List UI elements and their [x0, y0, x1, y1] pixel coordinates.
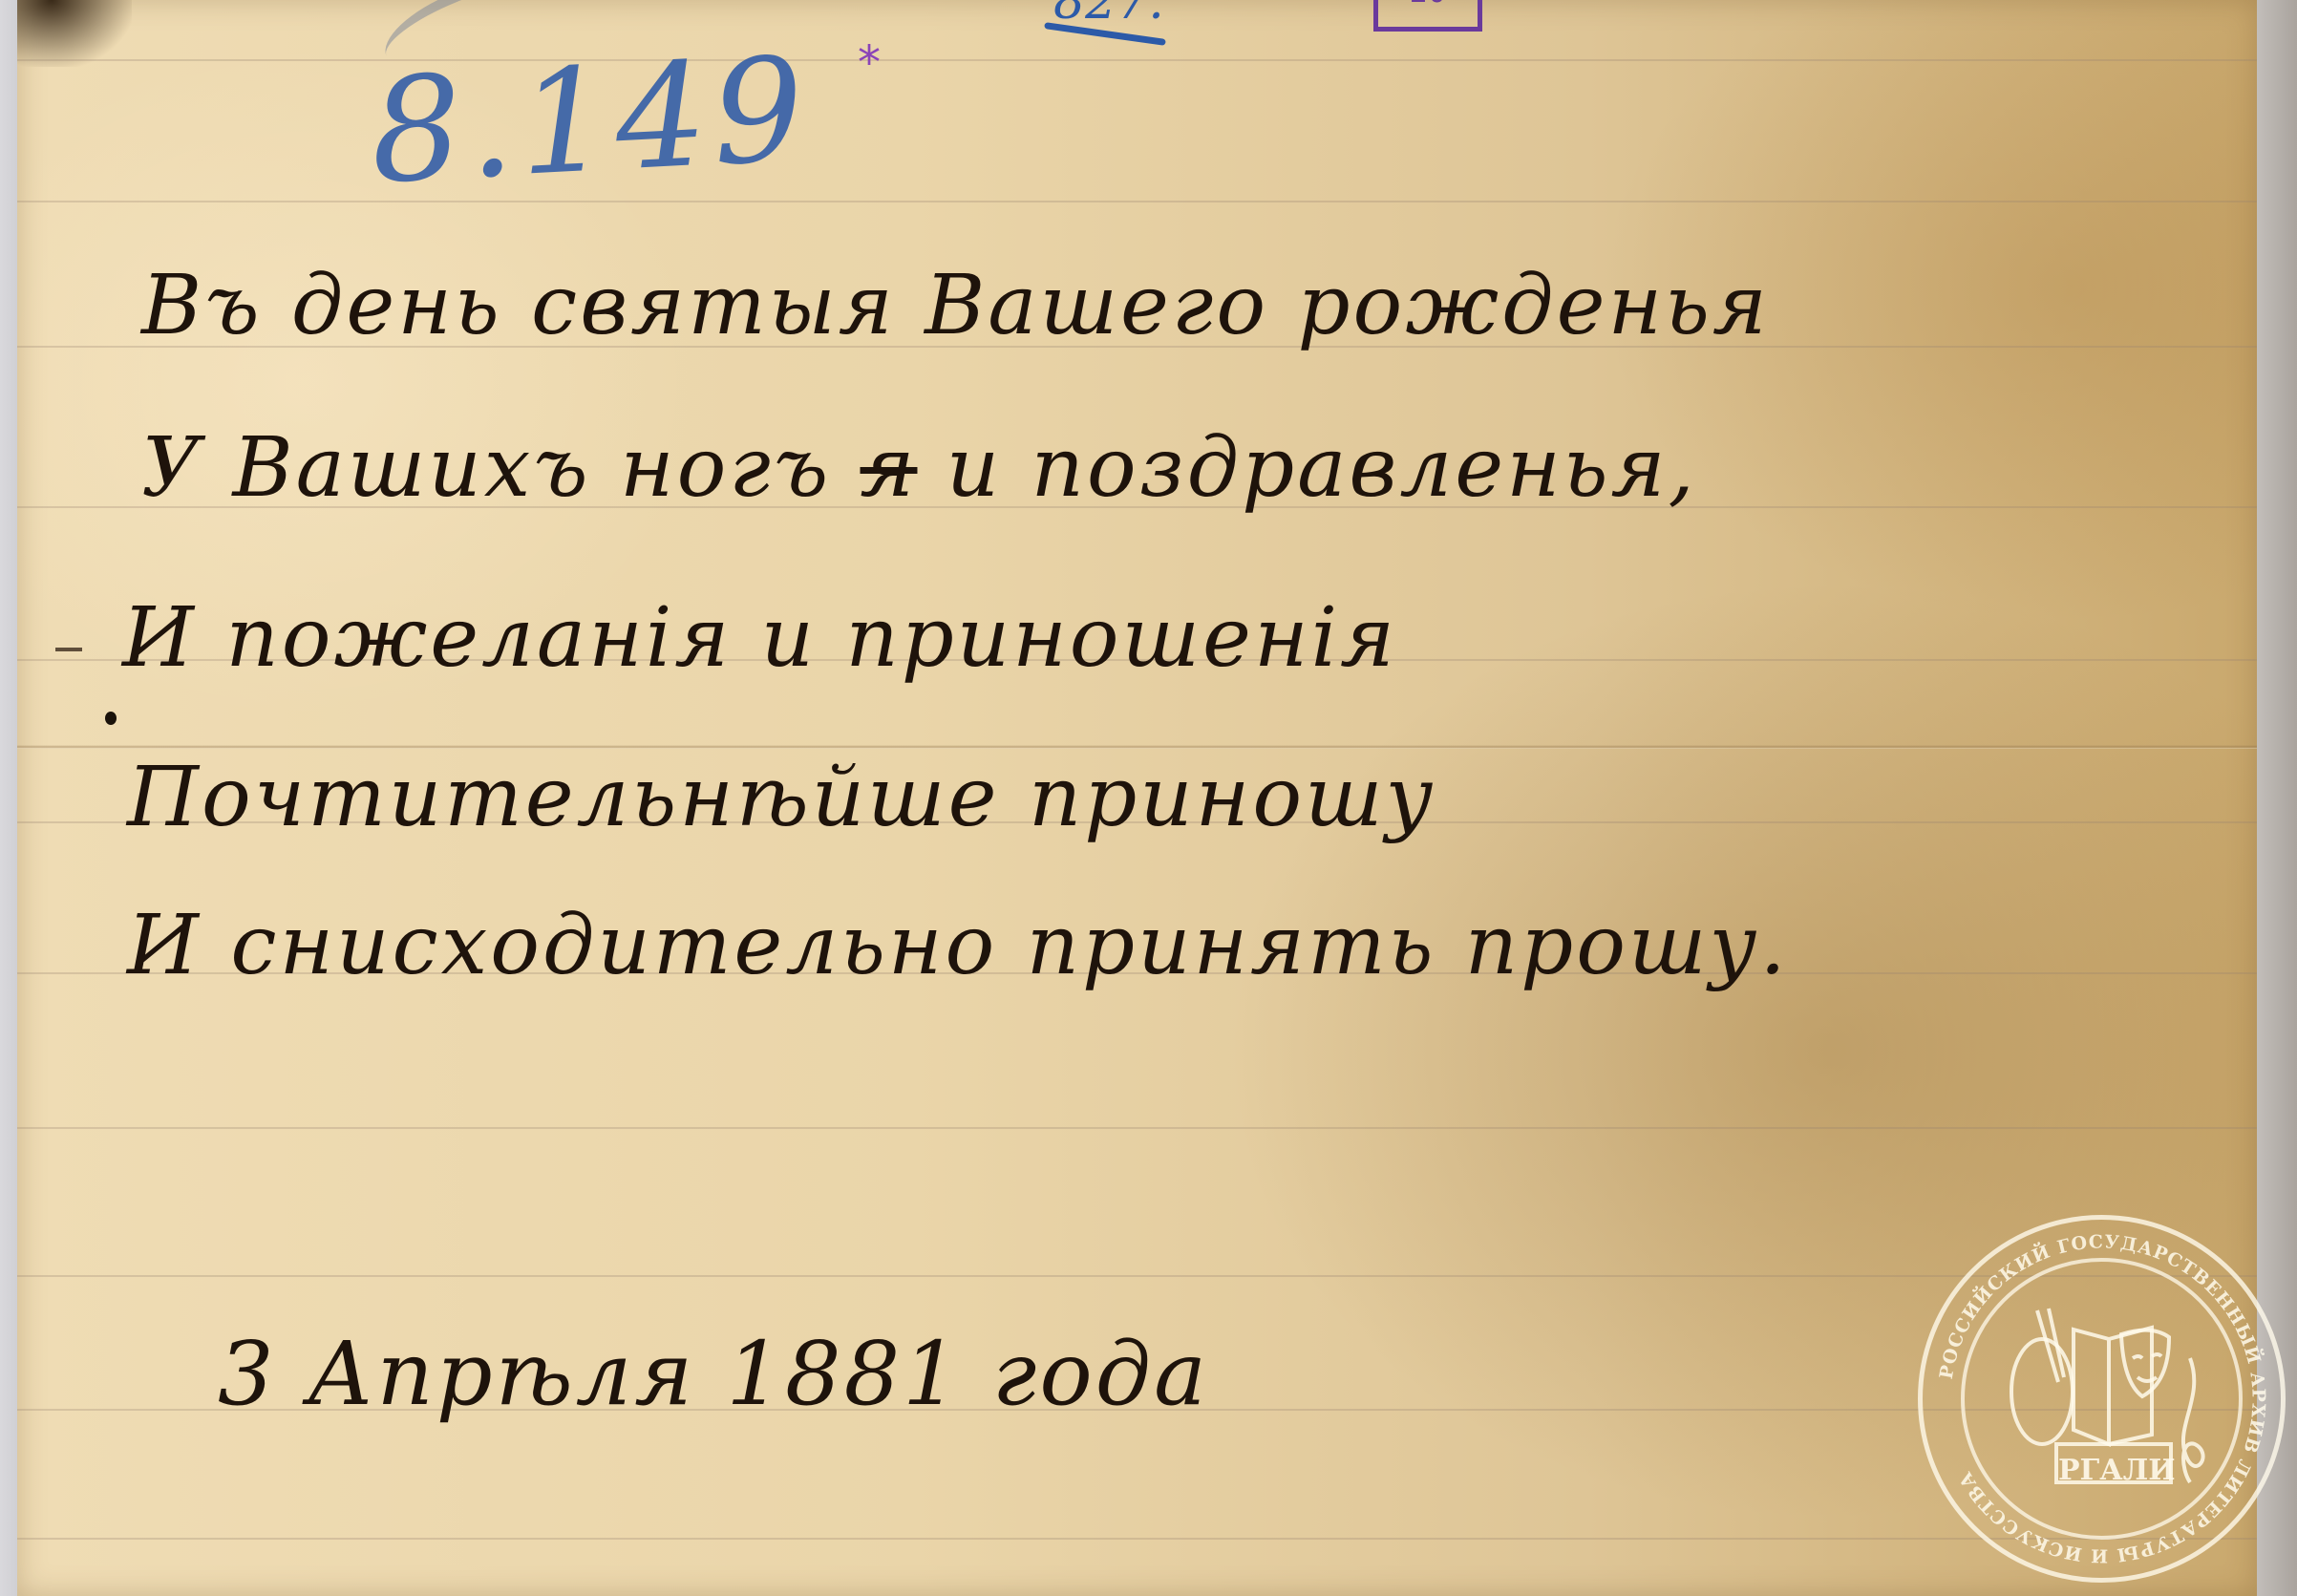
fold-crease	[17, 745, 2257, 749]
document-photo: 8.149 * 827. 20 Въ день святыя Вашего ро…	[0, 0, 2297, 1596]
purple-boxed-number: 20	[1373, 0, 1482, 32]
ruled-line	[17, 59, 2257, 61]
ruled-line	[17, 1127, 2257, 1129]
struck-out-word: я	[861, 420, 918, 516]
palette-icon	[2011, 1339, 2073, 1444]
verse-line-4: Почтительнѣйше приношу	[127, 750, 1436, 845]
verse-line-1: Въ день святыя Вашего рожденья	[141, 258, 1770, 353]
verse-line-2: У Вашихъ ногъ я и поздравленья,	[141, 420, 1697, 516]
margin-dash	[55, 648, 82, 651]
archive-number: 8.149	[367, 27, 814, 216]
verse-line-2-start: У Вашихъ ногъ	[141, 420, 861, 516]
verse-line-2-end: и поздравленья,	[917, 420, 1696, 516]
asterisk-mark: *	[858, 36, 881, 90]
verse-line-3: И пожеланія и приношенія	[122, 590, 1397, 686]
ruled-line	[17, 201, 2257, 202]
theatre-mask-icon	[2121, 1330, 2169, 1396]
date-line: 3 Апрѣля 1881 года	[218, 1323, 1209, 1425]
rgali-stamp: РОССИЙСКИЙ ГОСУДАРСТВЕННЫЙ АРХИВ ЛИТЕРАТ…	[1918, 1215, 2286, 1583]
treble-clef-icon	[2183, 1358, 2203, 1482]
margin-dot	[105, 712, 117, 725]
open-book-icon	[2074, 1328, 2152, 1444]
verse-line-5: И снисходительно принять прошу.	[127, 898, 1789, 993]
stamp-label: РГАЛИ	[2058, 1454, 2163, 1487]
